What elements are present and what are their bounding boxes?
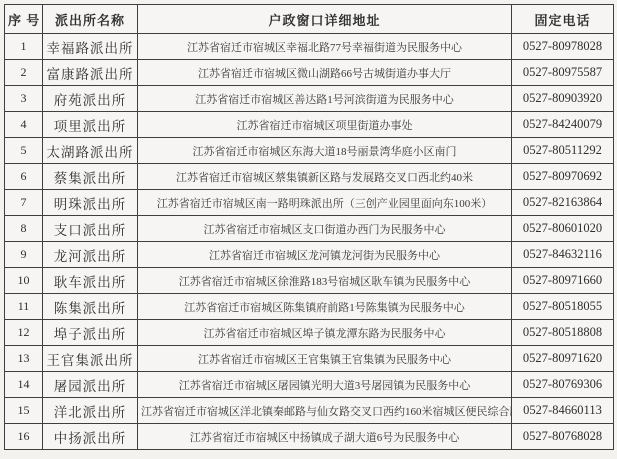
document-sheet: 序 号 派出所名称 户政窗口详细地址 固定电话 1 幸福路派出所 江苏省宿迁市宿… <box>0 0 617 454</box>
station-name: 富康路派出所 <box>43 60 138 86</box>
station-name: 支口派出所 <box>43 216 138 242</box>
station-phone: 0527-80903920 <box>512 86 614 112</box>
header-cell-address: 户政窗口详细地址 <box>138 5 512 34</box>
table-row: 7 明珠派出所 江苏省宿迁市宿城区南一路明珠派出所（三创产业园里面向东100米）… <box>5 190 614 216</box>
header-cell-no: 序 号 <box>5 5 43 34</box>
station-address: 江苏省宿迁市宿城区中扬镇成子湖大道6号为民服务中心 <box>138 424 512 450</box>
station-name: 王官集派出所 <box>43 346 138 372</box>
station-address: 江苏省宿迁市宿城区幸福北路77号幸福街道为民服务中心 <box>138 34 512 60</box>
station-phone: 0527-80511292 <box>512 138 614 164</box>
station-address: 江苏省宿迁市宿城区洋北镇秦邮路与仙女路交叉口西约160米宿城区便民综合服务中心 <box>138 398 512 424</box>
station-address: 江苏省宿迁市宿城区善达路1号河滨街道为民服务中心 <box>138 86 512 112</box>
header-row: 序 号 派出所名称 户政窗口详细地址 固定电话 <box>5 5 614 34</box>
station-name: 明珠派出所 <box>43 190 138 216</box>
station-address: 江苏省宿迁市宿城区龙河镇龙河街为民服务中心 <box>138 242 512 268</box>
station-address: 江苏省宿迁市宿城区微山湖路66号古城街道办事大厅 <box>138 60 512 86</box>
station-address: 江苏省宿迁市宿城区项里街道办事处 <box>138 112 512 138</box>
row-number: 10 <box>5 268 43 294</box>
row-number: 1 <box>5 34 43 60</box>
station-address: 江苏省宿迁市宿城区蔡集镇新区路与发展路交叉口西北约40米 <box>138 164 512 190</box>
station-name: 陈集派出所 <box>43 294 138 320</box>
station-address: 江苏省宿迁市宿城区徐淮路183号宿城区耿车镇为民服务中心 <box>138 268 512 294</box>
police-station-table: 序 号 派出所名称 户政窗口详细地址 固定电话 1 幸福路派出所 江苏省宿迁市宿… <box>4 4 614 450</box>
station-name: 洋北派出所 <box>43 398 138 424</box>
station-address: 江苏省宿迁市宿城区埠子镇龙潭东路为民服务中心 <box>138 320 512 346</box>
table-row: 12 埠子派出所 江苏省宿迁市宿城区埠子镇龙潭东路为民服务中心 0527-805… <box>5 320 614 346</box>
station-address: 江苏省宿迁市宿城区屠园镇光明大道3号屠园镇为民服务中心 <box>138 372 512 398</box>
table-row: 2 富康路派出所 江苏省宿迁市宿城区微山湖路66号古城街道办事大厅 0527-8… <box>5 60 614 86</box>
station-name: 埠子派出所 <box>43 320 138 346</box>
row-number: 8 <box>5 216 43 242</box>
station-phone: 0527-80518055 <box>512 294 614 320</box>
station-phone: 0527-82163864 <box>512 190 614 216</box>
station-phone: 0527-84240079 <box>512 112 614 138</box>
station-address: 江苏省宿迁市宿城区王官集镇王官集镇为民服务中心 <box>138 346 512 372</box>
table-row: 16 中扬派出所 江苏省宿迁市宿城区中扬镇成子湖大道6号为民服务中心 0527-… <box>5 424 614 450</box>
station-address: 江苏省宿迁市宿城区支口街道办西门为民服务中心 <box>138 216 512 242</box>
station-phone: 0527-80518808 <box>512 320 614 346</box>
station-phone: 0527-80768028 <box>512 424 614 450</box>
station-phone: 0527-80971660 <box>512 268 614 294</box>
row-number: 5 <box>5 138 43 164</box>
row-number: 6 <box>5 164 43 190</box>
table-row: 13 王官集派出所 江苏省宿迁市宿城区王官集镇王官集镇为民服务中心 0527-8… <box>5 346 614 372</box>
row-number: 12 <box>5 320 43 346</box>
station-address: 江苏省宿迁市宿城区陈集镇府前路1号陈集镇为民服务中心 <box>138 294 512 320</box>
row-number: 13 <box>5 346 43 372</box>
station-phone: 0527-80975587 <box>512 60 614 86</box>
header-cell-phone: 固定电话 <box>512 5 614 34</box>
row-number: 4 <box>5 112 43 138</box>
table-row: 10 耿车派出所 江苏省宿迁市宿城区徐淮路183号宿城区耿车镇为民服务中心 05… <box>5 268 614 294</box>
station-name: 屠园派出所 <box>43 372 138 398</box>
station-name: 太湖路派出所 <box>43 138 138 164</box>
table-row: 6 蔡集派出所 江苏省宿迁市宿城区蔡集镇新区路与发展路交叉口西北约40米 052… <box>5 164 614 190</box>
station-name: 中扬派出所 <box>43 424 138 450</box>
row-number: 9 <box>5 242 43 268</box>
row-number: 11 <box>5 294 43 320</box>
station-name: 府苑派出所 <box>43 86 138 112</box>
station-phone: 0527-80978028 <box>512 34 614 60</box>
table-row: 1 幸福路派出所 江苏省宿迁市宿城区幸福北路77号幸福街道为民服务中心 0527… <box>5 34 614 60</box>
row-number: 14 <box>5 372 43 398</box>
table-body: 1 幸福路派出所 江苏省宿迁市宿城区幸福北路77号幸福街道为民服务中心 0527… <box>5 34 614 450</box>
row-number: 2 <box>5 60 43 86</box>
station-name: 蔡集派出所 <box>43 164 138 190</box>
header-cell-name: 派出所名称 <box>43 5 138 34</box>
station-phone: 0527-80601020 <box>512 216 614 242</box>
station-phone: 0527-84660113 <box>512 398 614 424</box>
station-phone: 0527-80769306 <box>512 372 614 398</box>
table-row: 9 龙河派出所 江苏省宿迁市宿城区龙河镇龙河街为民服务中心 0527-84632… <box>5 242 614 268</box>
table-row: 11 陈集派出所 江苏省宿迁市宿城区陈集镇府前路1号陈集镇为民服务中心 0527… <box>5 294 614 320</box>
row-number: 7 <box>5 190 43 216</box>
station-phone: 0527-84632116 <box>512 242 614 268</box>
station-address: 江苏省宿迁市宿城区南一路明珠派出所（三创产业园里面向东100米） <box>138 190 512 216</box>
row-number: 15 <box>5 398 43 424</box>
station-address: 江苏省宿迁市宿城区东海大道18号丽景湾华庭小区南门 <box>138 138 512 164</box>
station-name: 项里派出所 <box>43 112 138 138</box>
table-row: 15 洋北派出所 江苏省宿迁市宿城区洋北镇秦邮路与仙女路交叉口西约160米宿城区… <box>5 398 614 424</box>
row-number: 3 <box>5 86 43 112</box>
table-row: 8 支口派出所 江苏省宿迁市宿城区支口街道办西门为民服务中心 0527-8060… <box>5 216 614 242</box>
station-phone: 0527-80970692 <box>512 164 614 190</box>
station-name: 龙河派出所 <box>43 242 138 268</box>
table-row: 14 屠园派出所 江苏省宿迁市宿城区屠园镇光明大道3号屠园镇为民服务中心 052… <box>5 372 614 398</box>
station-phone: 0527-80971620 <box>512 346 614 372</box>
table-row: 5 太湖路派出所 江苏省宿迁市宿城区东海大道18号丽景湾华庭小区南门 0527-… <box>5 138 614 164</box>
table-row: 3 府苑派出所 江苏省宿迁市宿城区善达路1号河滨街道为民服务中心 0527-80… <box>5 86 614 112</box>
station-name: 耿车派出所 <box>43 268 138 294</box>
station-name: 幸福路派出所 <box>43 34 138 60</box>
table-row: 4 项里派出所 江苏省宿迁市宿城区项里街道办事处 0527-84240079 <box>5 112 614 138</box>
row-number: 16 <box>5 424 43 450</box>
